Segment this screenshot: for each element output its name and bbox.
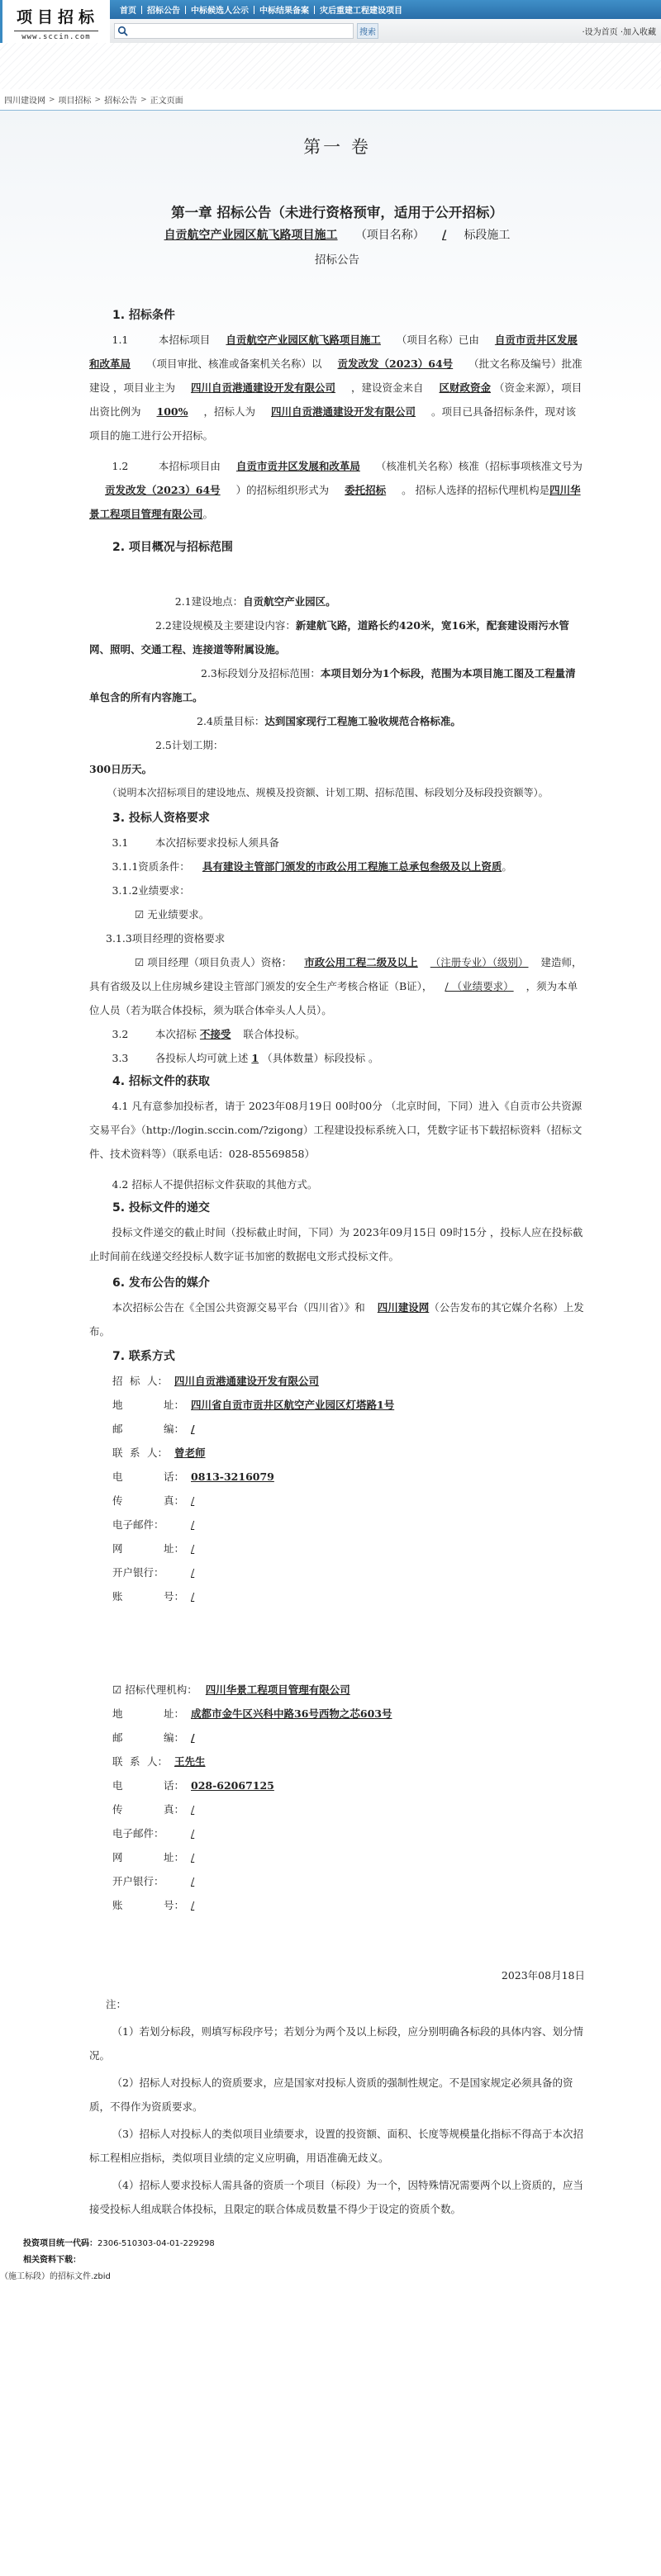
- tenderer-contact-list: 招标人：四川自贡港通建设开发有限公司地址：四川省自贡市贡井区航空产业园区灯塔路1…: [89, 1369, 585, 1608]
- item-4-2: 4.2 招标人不提供招标文件获取的其他方式。: [89, 1172, 585, 1196]
- note-3: （3）招标人对投标人的类似项目业绩要求，设置的投资额、面积、长度等规模量化指标不…: [89, 2122, 585, 2170]
- contact-row: 网址：/: [89, 1845, 585, 1869]
- item-value: 自贡航空产业园区。: [243, 595, 336, 608]
- contact-label: 网址：: [112, 1537, 191, 1560]
- media-value: 四川建设网: [378, 1301, 430, 1314]
- contact-value: /: [191, 1893, 194, 1917]
- clause-number: 3.1: [112, 836, 129, 849]
- label-part: 人：: [147, 1750, 168, 1773]
- contact-label: 账号：: [112, 1584, 191, 1608]
- contact-value: 王先生: [174, 1750, 206, 1773]
- label-part: 网: [112, 1845, 123, 1869]
- section-2-note: （说明本次招标项目的建设地点、规模及投资额、计划工期、招标范围、标段划分及标段投…: [89, 781, 585, 805]
- project-name-value: 自贡航空产业园区航飞路项目施工: [226, 334, 381, 346]
- contact-label: 网址：: [112, 1845, 191, 1869]
- contact-label: 传真：: [112, 1489, 191, 1513]
- project-name: 自贡航空产业园区航飞路项目施工: [164, 229, 338, 242]
- notes-heading: 注：: [89, 1992, 585, 2016]
- contact-row: 电话：0813-3216079: [89, 1465, 585, 1489]
- item-2-1: 2.1建设地点：自贡航空产业园区。: [89, 590, 585, 613]
- contact-value: /: [191, 1869, 194, 1893]
- clause-number: 3.3: [112, 1052, 129, 1064]
- pm-level-value: 市政公用工程二级及以上: [304, 956, 418, 968]
- clause-number: 1.2: [112, 460, 129, 472]
- item-2-2: 2.2建设规模及主要建设内容：新建航飞路，道路长约420米，宽16米，配套建设雨…: [89, 613, 585, 661]
- item-label: 2.4质量目标：: [197, 715, 264, 727]
- breadcrumb-separator-icon: >: [49, 96, 55, 104]
- section-2-heading: 2. 项目概况与招标范围: [89, 536, 585, 560]
- breadcrumb-tender-notice[interactable]: 招标公告: [104, 93, 137, 106]
- contact-row: 账号：/: [89, 1584, 585, 1608]
- item-3-3: 3.3各投标人均可就上述 1 （具体数量）标段投标 。: [89, 1046, 585, 1070]
- label-part: 开户银行：: [112, 1560, 164, 1584]
- label-part: 网: [112, 1537, 123, 1560]
- contact-row: 电子邮件：/: [89, 1513, 585, 1537]
- label-part: 编：: [164, 1726, 184, 1750]
- item-label: 3.1.1资质条件：: [112, 860, 190, 873]
- label-part: 系: [130, 1750, 140, 1773]
- label-part: 电: [112, 1465, 123, 1489]
- contact-value: 成都市金牛区兴科中路36号西物之芯603号: [191, 1702, 392, 1726]
- text: （项目审批、核准或备案机关名称）以: [146, 358, 322, 370]
- contact-label: 电子邮件：: [112, 1821, 191, 1845]
- contact-value: /: [191, 1584, 194, 1608]
- contact-value: /: [191, 1821, 194, 1845]
- chapter-title: 第一章 招标公告（未进行资格预审，适用于公开招标）: [89, 201, 585, 225]
- label-part: 开户银行：: [112, 1869, 164, 1893]
- contact-label: 招标代理机构：: [125, 1678, 206, 1702]
- download-file-link[interactable]: （施工标段）的招标文件.zbid: [0, 2269, 661, 2281]
- contact-row: 电话：028-62067125: [89, 1773, 585, 1797]
- item-2-5: 2.5计划工期：300日历天。: [89, 733, 585, 781]
- search-button[interactable]: 搜索: [357, 23, 378, 39]
- tender-document: 第一 卷 第一章 招标公告（未进行资格预审，适用于公开招标） 自贡航空产业园区航…: [89, 111, 585, 2221]
- project-title-line: 自贡航空产业园区航飞路项目施工 （项目名称） / 标段施工: [89, 225, 585, 247]
- label-part: 账: [112, 1893, 123, 1917]
- label-part: 真：: [164, 1797, 184, 1821]
- note-4: （4）招标人要求投标人需具备的资质一个项目（标段）为一个，因特殊情况需要两个以上…: [89, 2173, 585, 2221]
- label-part: 话：: [164, 1465, 184, 1489]
- main-nav: 首页 招标公告 中标候选人公示 中标结果备案 灾后重建工程建设项目: [110, 0, 661, 19]
- label-part: 邮: [112, 1726, 123, 1750]
- notice-date: 2023年08月18日: [89, 1963, 585, 1987]
- qualification-value: 具有建设主管部门颁发的市政公用工程施工总承包叁级及以上资质: [202, 860, 502, 873]
- label-part: 址：: [164, 1845, 184, 1869]
- nav-award-record[interactable]: 中标结果备案: [254, 3, 314, 16]
- label-part: 地: [112, 1702, 123, 1726]
- text: ，招标人为: [203, 405, 255, 418]
- site-header: 项目招标 www.sccin.com 首页 招标公告 中标候选人公示 中标结果备…: [0, 0, 661, 43]
- section-5-heading: 5. 投标文件的递交: [89, 1196, 585, 1220]
- item-value: 本项目划分为1个标段，范围为本项目施工图及工程量清单包含的所有内容施工。: [89, 667, 576, 703]
- contact-value: 028-62067125: [191, 1773, 274, 1797]
- nav-candidate-notice[interactable]: 中标候选人公示: [186, 3, 254, 16]
- text: 本次招标: [155, 1028, 197, 1040]
- approval-doc-number: 贡发改发（2023）64号: [105, 484, 221, 496]
- item-label: 2.2建设规模及主要建设内容：: [155, 619, 296, 632]
- contact-label: 联系人：: [112, 1750, 174, 1773]
- contact-label: 招标人：: [112, 1369, 174, 1393]
- contact-value: 0813-3216079: [191, 1465, 274, 1489]
- item-3-2: 3.2本次招标 不接受联合体投标。: [89, 1022, 585, 1046]
- item-label: 2.5计划工期：: [155, 739, 223, 751]
- contact-row: 传真：/: [89, 1797, 585, 1821]
- clause-number: 3.2: [112, 1028, 129, 1040]
- text: 无业绩要求。: [147, 908, 209, 921]
- text: 联合体投标。: [243, 1028, 305, 1040]
- nav-home[interactable]: 首页: [115, 3, 141, 16]
- contact-value: /: [191, 1560, 194, 1584]
- text: （注册专业）（级别）: [430, 956, 529, 968]
- contact-row: 邮编：/: [89, 1417, 585, 1441]
- contact-value: /: [191, 1845, 194, 1869]
- download-heading: 相关资料下载：: [23, 2252, 661, 2269]
- contact-value: /: [191, 1537, 194, 1560]
- item-3-1-3-option: ☑项目经理（项目负责人）资格：市政公用工程二级及以上（注册专业）（级别）建造师，…: [89, 950, 585, 1022]
- search-box: [114, 23, 354, 39]
- clause-number: 1.1: [112, 334, 129, 346]
- item-5: 投标文件递交的截止时间（投标截止时间，下同）为 2023年09月15日 09时1…: [89, 1220, 585, 1268]
- logo-divider: [14, 31, 98, 31]
- pm-performance-value: / （业绩要求）: [445, 980, 513, 992]
- label-part: 人：: [147, 1441, 168, 1465]
- text: ，建设资金来自: [351, 381, 424, 394]
- contact-row: 邮编：/: [89, 1726, 585, 1750]
- item-2-4: 2.4质量目标：达到国家现行工程施工验收规范合格标准。: [89, 709, 585, 733]
- contact-value: 四川华景工程项目管理有限公司: [206, 1678, 350, 1702]
- paragraph-1-1: 1.1 本招标项目 自贡航空产业园区航飞路项目施工 （项目名称）已由 自贡市贡井…: [89, 328, 585, 447]
- label-part: 编：: [164, 1417, 184, 1441]
- label-part: 电子邮件：: [112, 1513, 164, 1537]
- consortium-value: 不接受: [200, 1028, 231, 1040]
- contact-label: 开户银行：: [112, 1869, 191, 1893]
- text: 各投标人均可就上述: [155, 1052, 249, 1064]
- label-part: 号：: [164, 1893, 184, 1917]
- agency-contact-list: ☑招标代理机构：四川华景工程项目管理有限公司地址：成都市金牛区兴科中路36号西物…: [89, 1678, 585, 1917]
- set-homepage-link[interactable]: ·设为首页: [582, 28, 617, 37]
- contact-label: 邮编：: [112, 1417, 191, 1441]
- item-label: 2.3标段划分及招标范围：: [201, 667, 321, 680]
- fund-source-value: 区财政资金: [439, 381, 491, 394]
- approval-doc-number: 贡发改发（2023）64号: [338, 358, 454, 370]
- text: 本招标项目由: [159, 460, 221, 472]
- label-part: 话：: [164, 1773, 184, 1797]
- label-part: 系: [130, 1441, 140, 1465]
- breadcrumb: 四川建设网 > 项目招标 > 招标公告 > 正文页面: [0, 89, 661, 111]
- contact-row: 地址：四川省自贡市贡井区航空产业园区灯塔路1号: [89, 1393, 585, 1417]
- tenderer-value: 四川自贡港通建设开发有限公司: [271, 405, 416, 418]
- section-number: /: [442, 229, 446, 242]
- funding-ratio-value: 100%: [157, 405, 188, 418]
- contact-row: 联系人：王先生: [89, 1750, 585, 1773]
- label-part: 地: [112, 1393, 123, 1417]
- contact-label: 地址：: [112, 1702, 191, 1726]
- contact-label: 联系人：: [112, 1441, 174, 1465]
- contact-row: 账号：/: [89, 1893, 585, 1917]
- nav-tender-notice[interactable]: 招标公告: [142, 3, 185, 16]
- contact-label: 电话：: [112, 1773, 191, 1797]
- item-3-1-2-option: ☑无业绩要求。: [89, 902, 585, 926]
- text: ）的招标组织形式为: [236, 484, 330, 496]
- logo-title: 项目招标: [2, 5, 110, 27]
- section-count-value: 1: [251, 1052, 259, 1064]
- item-value: 达到国家现行工程施工验收规范合格标准。: [264, 715, 461, 727]
- section-4-heading: 4. 招标文件的获取: [89, 1070, 585, 1094]
- item-3-1-1: 3.1.1资质条件：具有建设主管部门颁发的市政公用工程施工总承包叁级及以上资质。: [89, 855, 585, 878]
- search-bar: 搜索 ·设为首页 ·加入收藏: [110, 19, 661, 43]
- contact-label: 邮编：: [112, 1726, 191, 1750]
- contact-value: 四川省自贡市贡井区航空产业园区灯塔路1号: [191, 1393, 394, 1417]
- logo-url: www.sccin.com: [2, 33, 110, 41]
- section-1-heading: 1. 招标条件: [89, 304, 585, 328]
- top-links: ·设为首页 ·加入收藏: [582, 25, 656, 37]
- approver-value: 自贡市贡井区发展和改革局: [236, 460, 360, 472]
- contact-row: 传真：/: [89, 1489, 585, 1513]
- contact-value: /: [191, 1513, 194, 1537]
- site-logo[interactable]: 项目招标 www.sccin.com: [0, 0, 110, 43]
- add-favorite-link[interactable]: ·加入收藏: [621, 28, 656, 37]
- label-part: 招: [112, 1369, 123, 1393]
- nav-reconstruction[interactable]: 灾后重建工程建设项目: [315, 3, 407, 16]
- project-code-line: 投资项目统一代码：2306-510303-04-01-229298: [23, 2236, 661, 2252]
- text: （项目名称）已由: [397, 334, 479, 346]
- breadcrumb-current: 正文页面: [150, 93, 183, 106]
- text: 本次招标公告在《全国公共资源交易平台（四川省）》和: [112, 1301, 365, 1314]
- project-code-label: 投资项目统一代码：: [23, 2239, 97, 2248]
- label-part: 传: [112, 1797, 123, 1821]
- item-2-3: 2.3标段划分及招标范围：本项目划分为1个标段，范围为本项目施工图及工程量清单包…: [89, 661, 585, 709]
- section-6-heading: 6. 发布公告的媒介: [89, 1271, 585, 1295]
- contact-row: 网址：/: [89, 1537, 585, 1560]
- item-value: 300日历天。: [89, 763, 152, 775]
- breadcrumb-separator-icon: >: [95, 96, 102, 104]
- contact-row: 联系人：曾老师: [89, 1441, 585, 1465]
- contact-label: 电话：: [112, 1465, 191, 1489]
- label-part: 传: [112, 1489, 123, 1513]
- label-part: 址：: [164, 1537, 184, 1560]
- text: 。: [203, 508, 214, 520]
- note-1: （1）若划分标段，则填写标段序号；若划分为两个及以上标段，应分别明确各标段的具体…: [89, 2020, 585, 2067]
- notice-subtitle: 招标公告: [89, 249, 585, 272]
- checkbox-checked-icon: ☑: [112, 902, 145, 926]
- project-code-value: 2306-510303-04-01-229298: [97, 2239, 215, 2248]
- breadcrumb-project-tender[interactable]: 项目招标: [59, 93, 92, 106]
- text: 。: [502, 860, 512, 873]
- breadcrumb-separator-icon: >: [140, 96, 147, 104]
- label-part: 电子邮件：: [112, 1821, 164, 1845]
- search-input[interactable]: [131, 24, 353, 38]
- contact-value: 四川自贡港通建设开发有限公司: [174, 1369, 319, 1393]
- item-4-1: 4.1 凡有意参加投标者，请于 2023年08月19日 00时00分 （北京时间…: [89, 1094, 585, 1166]
- contact-row: 地址：成都市金牛区兴科中路36号西物之芯603号: [89, 1702, 585, 1726]
- note-2: （2）招标人对投标人的资质要求，应是国家对投标人资质的强制性规定。不是国家规定必…: [89, 2071, 585, 2119]
- contact-label: 账号：: [112, 1893, 191, 1917]
- contact-label: 传真：: [112, 1797, 191, 1821]
- tender-form-value: 委托招标: [345, 484, 386, 496]
- volume-title: 第一 卷: [89, 111, 585, 201]
- item-3-1: 3.1本次招标要求投标人须具备: [89, 831, 585, 855]
- label-part: 址：: [164, 1393, 184, 1417]
- contact-row: 开户银行：/: [89, 1869, 585, 1893]
- checkbox-checked-icon: ☑: [112, 1678, 121, 1702]
- label-part: 电: [112, 1773, 123, 1797]
- contact-label: 地址：: [112, 1393, 191, 1417]
- label-part: 真：: [164, 1489, 184, 1513]
- label-part: 标: [130, 1369, 140, 1393]
- section-suffix: 标段施工: [464, 229, 510, 242]
- label-part: 邮: [112, 1417, 123, 1441]
- contact-value: /: [191, 1726, 195, 1750]
- checkbox-checked-icon: ☑: [112, 950, 145, 974]
- section-7-heading: 7. 联系方式: [89, 1345, 585, 1369]
- search-icon: [117, 26, 129, 37]
- contact-value: /: [191, 1797, 194, 1821]
- contact-label: 开户银行：: [112, 1560, 191, 1584]
- contact-label: 电子邮件：: [112, 1513, 191, 1537]
- contact-value: /: [191, 1489, 194, 1513]
- text: （核准机关名称）核准（招标事项核准文号为: [376, 460, 583, 472]
- text: （具体数量）标段投标 。: [262, 1052, 378, 1064]
- contact-row: 电子邮件：/: [89, 1821, 585, 1845]
- project-name-hint: （项目名称）: [355, 229, 425, 242]
- section-3-heading: 3. 投标人资格要求: [89, 807, 585, 831]
- text: 项目经理（项目负责人）资格：: [147, 956, 292, 968]
- label-part: 号：: [164, 1584, 184, 1608]
- text: 。 招标人选择的招标代理机构是: [402, 484, 549, 496]
- project-info: 投资项目统一代码：2306-510303-04-01-229298 相关资料下载…: [0, 2236, 661, 2269]
- contact-value: 曾老师: [174, 1441, 206, 1465]
- contact-row: ☑招标代理机构：四川华景工程项目管理有限公司: [89, 1678, 585, 1702]
- label-part: 联: [112, 1441, 123, 1465]
- label-part: 址：: [164, 1702, 184, 1726]
- item-6: 本次招标公告在《全国公共资源交易平台（四川省）》和四川建设网（公告发布的其它媒介…: [89, 1295, 585, 1343]
- contact-value: /: [191, 1417, 195, 1441]
- paragraph-1-2: 1.2 本招标项目由 自贡市贡井区发展和改革局 （核准机关名称）核准（招标事项核…: [89, 454, 585, 526]
- download-label: 相关资料下载：: [23, 2256, 81, 2265]
- article-area: 第一 卷 第一章 招标公告（未进行资格预审，适用于公开招标） 自贡航空产业园区航…: [0, 111, 661, 2290]
- decorative-banner: [0, 43, 661, 89]
- contact-row: 开户银行：/: [89, 1560, 585, 1584]
- item-3-1-3: 3.1.3项目经理的资格要求: [89, 926, 585, 950]
- label-part: 联: [112, 1750, 123, 1773]
- item-label: 2.1建设地点：: [175, 595, 243, 608]
- label-part: 人：: [147, 1369, 168, 1393]
- breadcrumb-home[interactable]: 四川建设网: [4, 93, 45, 106]
- project-owner-value: 四川自贡港通建设开发有限公司: [191, 381, 335, 394]
- text: 本次招标要求投标人须具备: [155, 836, 279, 849]
- item-3-1-2: 3.1.2业绩要求：: [89, 878, 585, 902]
- text: 本招标项目: [159, 334, 211, 346]
- label-part: 账: [112, 1584, 123, 1608]
- contact-row: 招标人：四川自贡港通建设开发有限公司: [89, 1369, 585, 1393]
